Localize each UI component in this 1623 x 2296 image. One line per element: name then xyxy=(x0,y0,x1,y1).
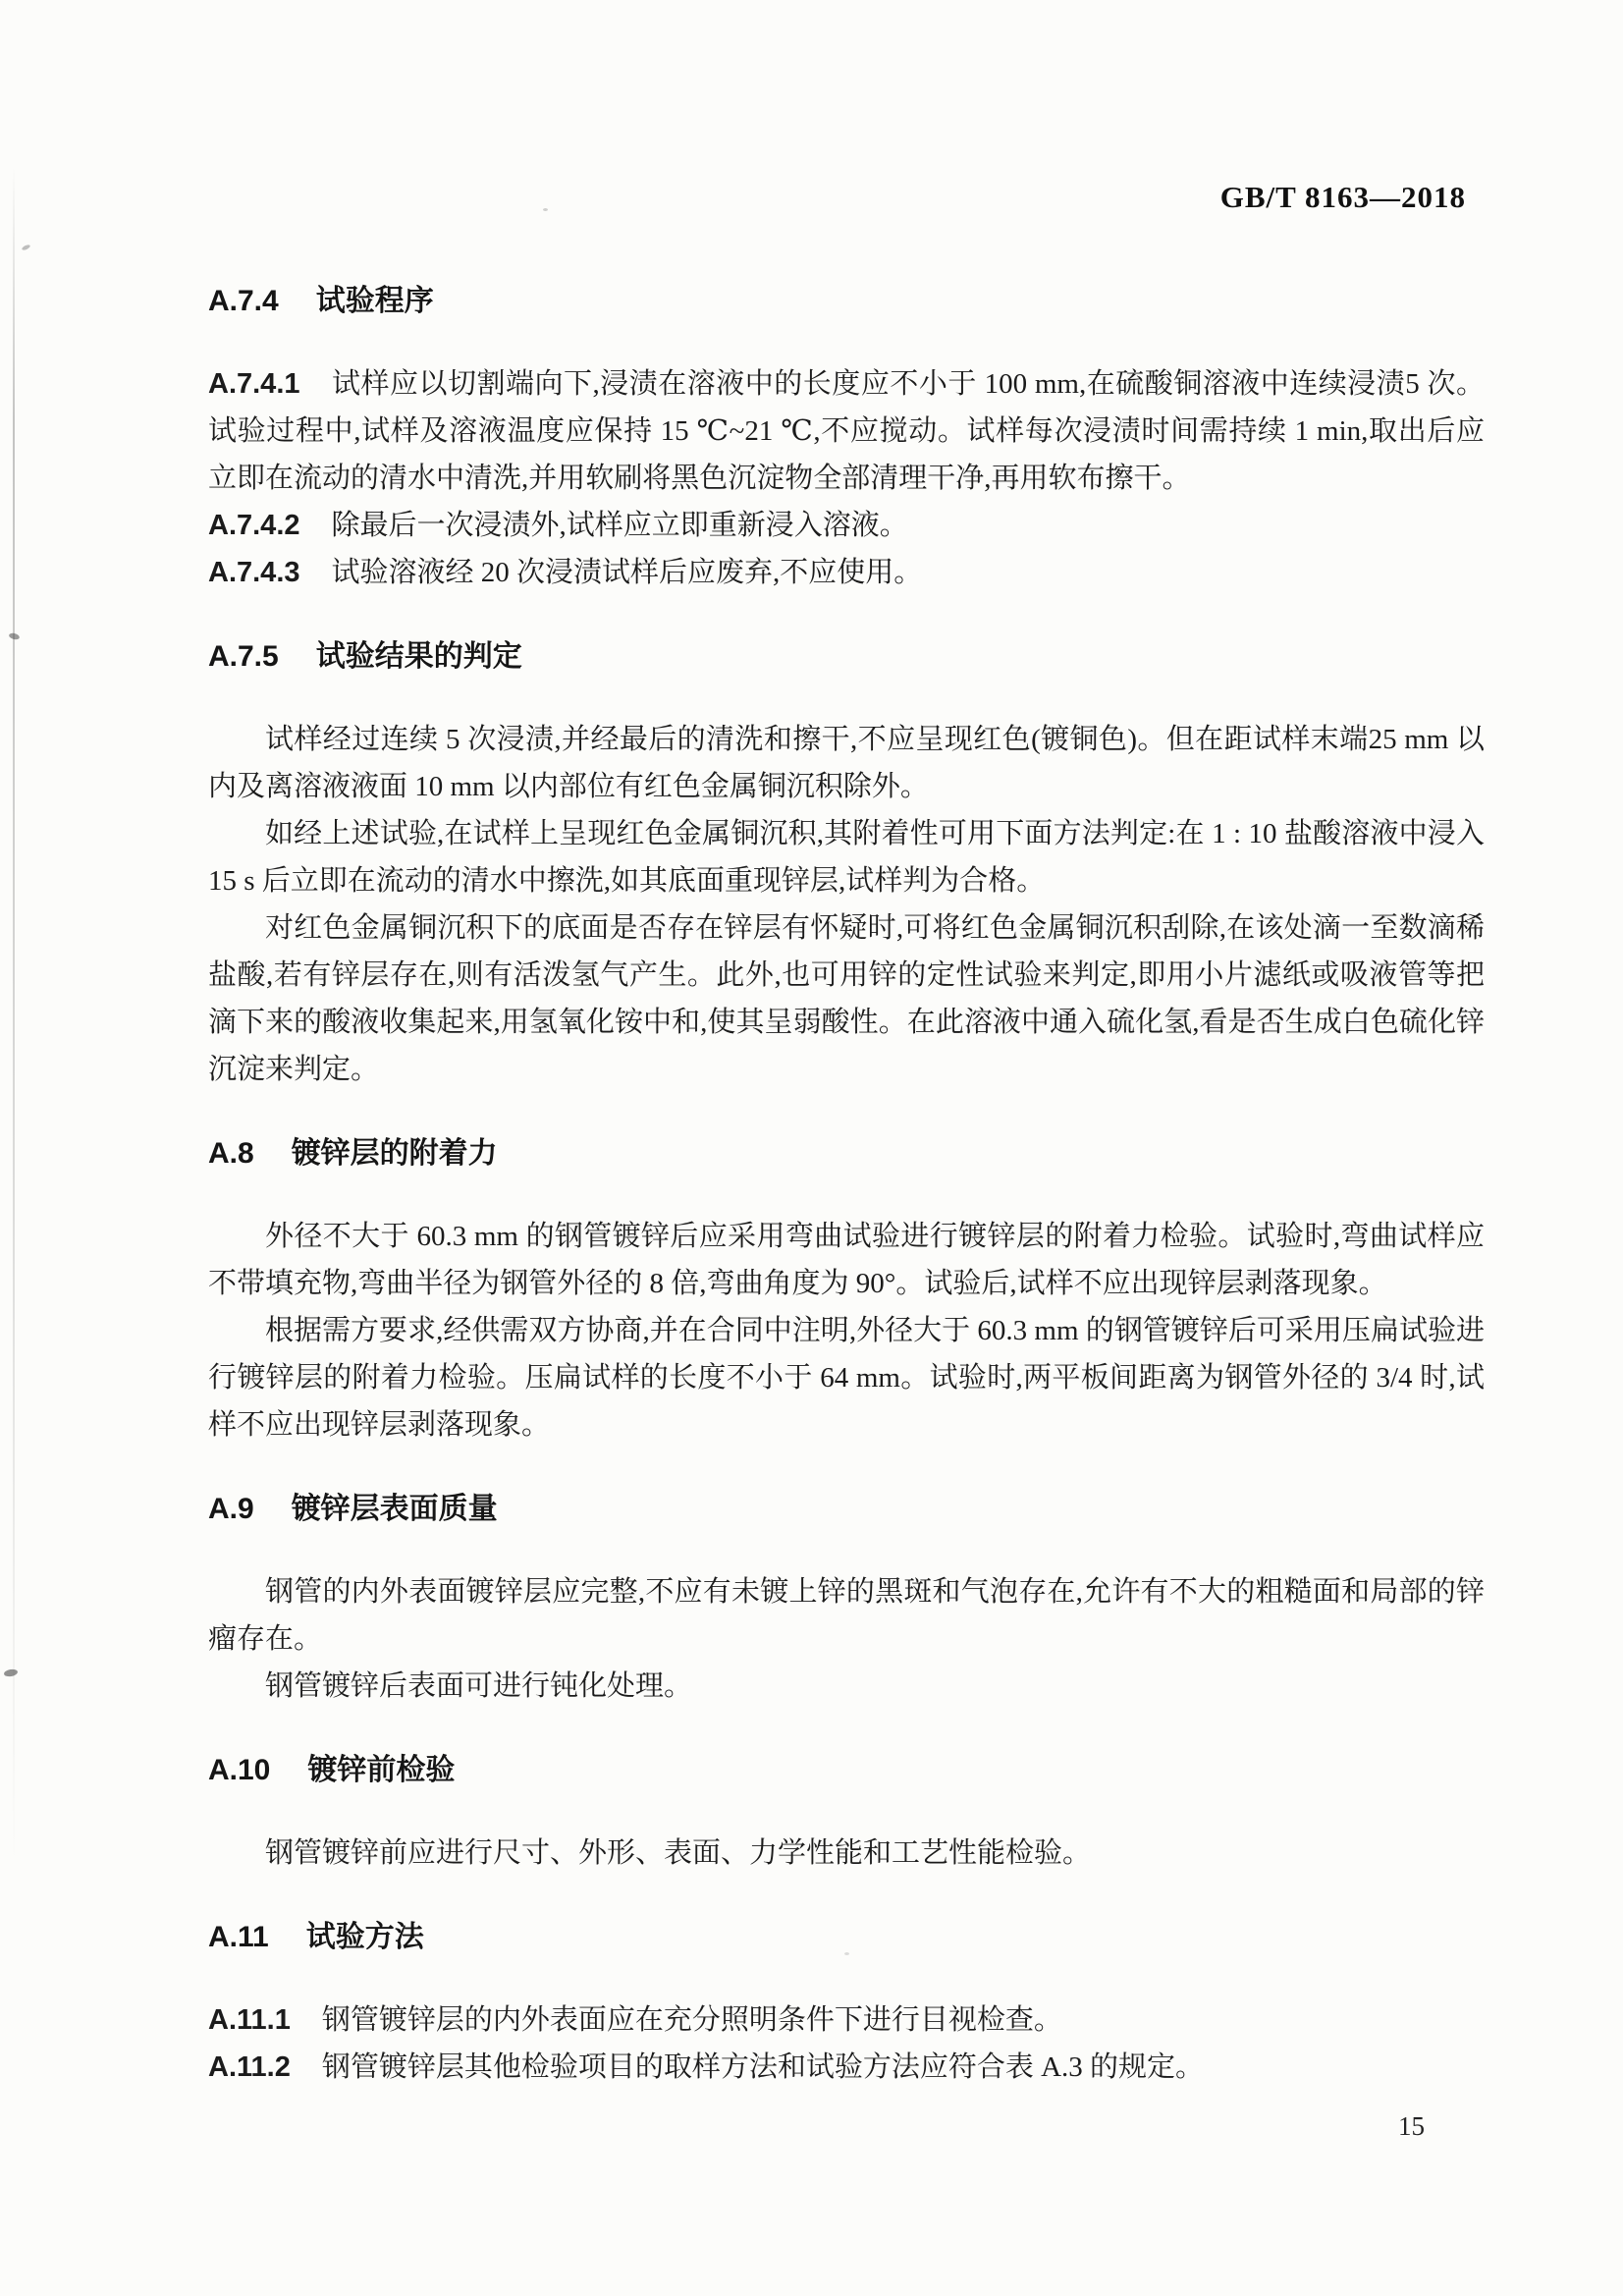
paragraph: 钢管的内外表面镀锌层应完整,不应有未镀上锌的黑斑和气泡存在,允许有不大的粗糙面和… xyxy=(208,1568,1485,1663)
section-heading-a8: A.8镀锌层的附着力 xyxy=(208,1134,1485,1174)
section-title: 试验程序 xyxy=(316,285,434,317)
clause-number: A.11.1 xyxy=(208,2004,291,2036)
scan-speck xyxy=(8,632,20,641)
paragraph: 试样经过连续 5 次浸渍,并经最后的清洗和擦干,不应呈现红色(镀铜色)。但在距试… xyxy=(208,716,1485,810)
section-heading-a11: A.11试验方法 xyxy=(208,1918,1485,1957)
paragraph: 钢管镀锌前应进行尺寸、外形、表面、力学性能和工艺性能检验。 xyxy=(208,1830,1485,1877)
paragraph: 根据需方要求,经供需双方协商,并在合同中注明,外径大于 60.3 mm 的钢管镀… xyxy=(208,1307,1485,1449)
scan-speck xyxy=(543,208,548,211)
section-heading-a10: A.10镀锌前检验 xyxy=(208,1751,1485,1790)
paragraph: 外径不大于 60.3 mm 的钢管镀锌后应采用弯曲试验进行镀锌层的附着力检验。试… xyxy=(208,1213,1485,1307)
clause-number: A.11.2 xyxy=(208,2051,291,2083)
section-number: A.7.5 xyxy=(208,640,279,673)
section-heading-a7-4: A.7.4试验程序 xyxy=(208,282,1485,321)
clause-a11-2: A.11.2钢管镀锌层其他检验项目的取样方法和试验方法应符合表 A.3 的规定。 xyxy=(208,2044,1485,2091)
scan-edge-artifact xyxy=(13,167,15,1866)
section-title: 镀锌层表面质量 xyxy=(292,1493,498,1525)
section-title: 试验方法 xyxy=(306,1921,424,1953)
clause-text: 试样应以切割端向下,浸渍在溶液中的长度应不小于 100 mm,在硫酸铜溶液中连续… xyxy=(208,368,1485,494)
page-number: 15 xyxy=(1398,2111,1425,2142)
clause-text: 钢管镀锌层的内外表面应在充分照明条件下进行目视检查。 xyxy=(322,2004,1062,2036)
clause-text: 除最后一次浸渍外,试样应立即重新浸入溶液。 xyxy=(332,510,908,541)
section-number: A.9 xyxy=(208,1493,254,1525)
clause-a7-4-1: A.7.4.1试样应以切割端向下,浸渍在溶液中的长度应不小于 100 mm,在硫… xyxy=(208,360,1485,502)
section-heading-a9: A.9镀锌层表面质量 xyxy=(208,1490,1485,1529)
clause-text: 试验溶液经 20 次浸渍试样后应废弃,不应使用。 xyxy=(332,557,923,588)
paragraph: 对红色金属铜沉积下的底面是否存在锌层有怀疑时,可将红色金属铜沉积刮除,在该处滴一… xyxy=(208,904,1485,1093)
clause-a7-4-2: A.7.4.2除最后一次浸渍外,试样应立即重新浸入溶液。 xyxy=(208,502,1485,549)
paragraph: 钢管镀锌后表面可进行钝化处理。 xyxy=(208,1663,1485,1710)
clause-number: A.7.4.1 xyxy=(208,368,300,400)
scan-speck xyxy=(3,1668,18,1677)
clause-a11-1: A.11.1钢管镀锌层的内外表面应在充分照明条件下进行目视检查。 xyxy=(208,1996,1485,2044)
scan-speck xyxy=(22,244,31,250)
section-heading-a7-5: A.7.5试验结果的判定 xyxy=(208,637,1485,677)
page-body: A.7.4试验程序 A.7.4.1试样应以切割端向下,浸渍在溶液中的长度应不小于… xyxy=(208,282,1485,2091)
section-number: A.11 xyxy=(208,1921,269,1953)
section-title: 试验结果的判定 xyxy=(316,640,522,673)
clause-text: 钢管镀锌层其他检验项目的取样方法和试验方法应符合表 A.3 的规定。 xyxy=(322,2051,1204,2083)
standard-code-header: GB/T 8163—2018 xyxy=(1220,180,1466,215)
section-number: A.8 xyxy=(208,1137,254,1170)
clause-number: A.7.4.2 xyxy=(208,510,300,541)
section-title: 镀锌层的附着力 xyxy=(292,1137,498,1170)
section-number: A.10 xyxy=(208,1754,270,1786)
document-page: GB/T 8163—2018 A.7.4试验程序 A.7.4.1试样应以切割端向… xyxy=(0,0,1623,2296)
paragraph: 如经上述试验,在试样上呈现红色金属铜沉积,其附着性可用下面方法判定:在 1 : … xyxy=(208,810,1485,904)
clause-a7-4-3: A.7.4.3试验溶液经 20 次浸渍试样后应废弃,不应使用。 xyxy=(208,549,1485,596)
clause-number: A.7.4.3 xyxy=(208,557,300,588)
section-number: A.7.4 xyxy=(208,285,279,317)
section-title: 镀锌前检验 xyxy=(307,1754,455,1786)
